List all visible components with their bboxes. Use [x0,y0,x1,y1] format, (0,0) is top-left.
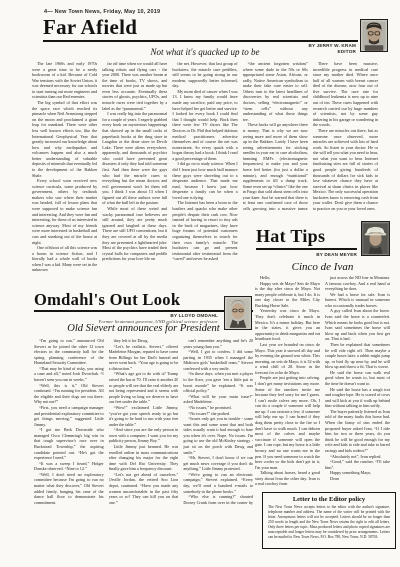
paragraph: We had a horse for sale. Ivan is honest.… [325,292,390,309]
paragraph: People are just getting into calving. I … [255,375,320,470]
paragraph: “And since you are the only person in to… [109,427,179,444]
columnist-photo-cowboy-icon [361,221,390,256]
article-column: just across the ND line in Montana. A fa… [325,275,390,488]
paragraph: “What will be your main issue?” asked Ma… [183,394,253,405]
paragraph: “Wow!” exclaimed Little Jimmy, “you've g… [109,405,179,427]
paragraph: Dean [325,476,390,482]
paragraph: He said the horse has a rough trot and r… [325,387,390,409]
article-column: “I'm going to run,” announced Old Siever… [34,338,104,506]
paragraph: “Let's be realistic, Sievert,” offered M… [109,344,179,372]
paragraph: Yesterday was cinco de Mayo. They don't … [255,308,320,341]
paragraph: I was really big into the paranormal for… [102,111,167,206]
article-column: far off time when we would all have talk… [102,61,167,288]
hat-tips-columns: Hello,Happy seis de Mayo! Seis de Mayo i… [255,275,390,488]
paragraph: One offshoot of all this science was a b… [32,245,97,273]
paragraph: “It was a sweep I heard,” Holger Danske … [34,461,104,472]
paragraph: Talking about horses, heard a good story… [255,470,320,487]
paragraph: He said the horse can walk real good whe… [325,370,390,387]
paragraph: the net. However, that last group of huc… [172,61,237,89]
paragraph: “Let's not get ahead of ourselves,” Orvi… [109,472,179,505]
article-column: the net. However, that last group of huc… [172,61,237,288]
letter-policy-box: Letter to the Editor policy The New Town… [262,492,396,549]
article-column: can't remember anything and he's 20 year… [183,338,253,506]
article-column: The late 1960s and early 1970s were a gr… [32,61,97,288]
letter-policy-body: The New Town News accepts letters to the… [268,505,390,540]
hat-tips-title: Hat Tips [256,226,325,247]
paragraph: “Good,” said the rancher, “I'll take him… [325,459,390,470]
paragraph: “I got me Berk Downside who managed Osco… [34,427,104,460]
newspaper-page: 4— New Town News, Friday, May 10, 2019 F… [0,0,400,567]
article-column: There have been massive, incredible prog… [313,61,378,219]
paragraph: Little Jimmy just beamed. He was enrolle… [109,444,179,472]
paragraph: The late 1960s and early 1970s were a gr… [32,61,97,100]
paragraph: Last year we branded on cinco de Mayo. T… [255,342,320,375]
paragraph: “What's age got to do with it? Trump rai… [109,371,179,404]
paragraph: While most of these weird and wacky para… [102,206,167,262]
paragraph: Happy seis de Mayo! Seis de Mayo is the … [255,281,320,309]
cinco-headline: Cinco de Ivan [255,261,390,273]
paragraph: Every school soon received new science c… [32,178,97,245]
far-afield-title: Far Afield [43,15,137,40]
paragraph: “Well, I don't need no exploratory commi… [34,472,104,505]
paragraph: “First, you need a campaign manager and … [34,405,104,427]
paragraph: far off time when we would all have talk… [102,61,167,111]
paragraph: “They've got too many candidates already… [34,505,104,506]
masthead-rule [43,40,358,42]
paragraph: “Mr. Sievert, I don't know if we can get… [183,455,253,472]
far-afield-subtitle: Not what it's quacked up to be [32,47,378,57]
letter-policy-title: Letter to the Editor policy [268,496,390,503]
paragraph: These hacks will go anywhere there is mo… [243,122,308,212]
paragraph: just across the ND line in Montana. A fa… [325,275,390,292]
omdahl-rule [34,310,253,312]
article-column: Hello,Happy seis de Mayo! Seis de Mayo i… [255,275,320,488]
paragraph: I did go on to study science. When I did… [172,161,237,200]
paragraph: Then he explained that sometimes he will… [325,342,390,370]
paragraph: “Who else is running?” shouted Dorsey Cr… [183,494,253,506]
paragraph: “Well, I got to confess. I did some part… [183,349,253,371]
paragraph: “In those days, when you met a player to… [183,371,253,393]
paragraph: A guy called Ivan about the horse. Ivan … [325,308,390,341]
paragraph: “We're going to run an electronic campai… [183,472,253,494]
omdahl-columns: “I'm going to run,” announced Old Siever… [34,338,253,506]
paragraph: My mom died of cancer when I was 13. I k… [172,89,237,162]
paragraph: “the ancient forgotten wisdom” where som… [243,61,308,122]
omdahl-title: Omdahl's Out Look [34,290,180,310]
article-column: “the ancient forgotten wisdom” where som… [243,61,308,212]
hat-tips-byline: BY DEAN MEYER [258,252,357,258]
paragraph: “Issues only get you in trouble - some w… [183,416,253,455]
paragraph: The buyer patiently listened as Ivan tol… [325,409,390,454]
paragraph: The big symbol of that effort was the sp… [32,100,97,178]
paragraph: The Internet has been a boon to the hust… [172,200,237,261]
paragraph: “Not that I can remember” the prospectiv… [109,505,179,506]
article-column: they left it for Dawg.“Let's be realisti… [109,338,179,506]
paragraph: There have been massive, incredible prog… [313,61,378,128]
hat-tips-rule [256,248,357,250]
paragraph: can't remember anything and he's 20 year… [183,338,253,349]
sievert-headline: Old Sievert announces for President [34,323,253,334]
paragraph: “That may be kind of risky, you using a … [34,366,104,383]
paragraph: “Well, this is it,” Old Sievert continue… [34,383,104,405]
paragraph: “I'm going to run,” announced Old Siever… [34,338,104,366]
paragraph: There are miracles out there, but as som… [313,128,378,212]
